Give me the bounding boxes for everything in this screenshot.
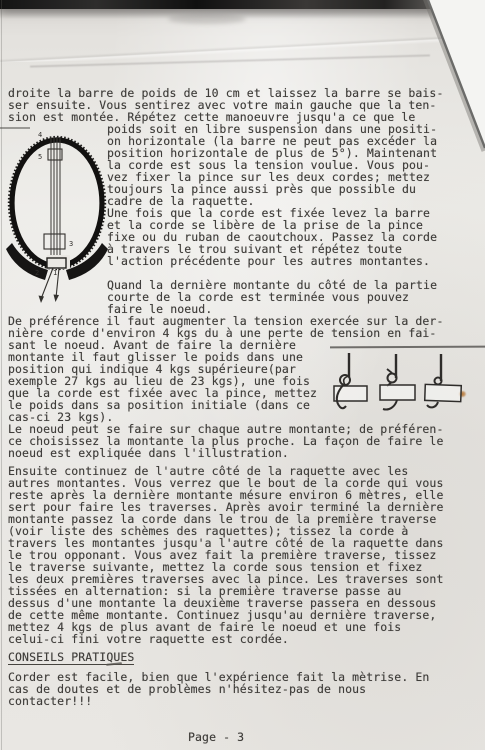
- paper-left-edge-line: [1, 0, 3, 750]
- paragraph: droite la barre de poids de 10 cm et lai…: [8, 87, 479, 123]
- paragraph: Ensuite continuez de l'autre côté de la …: [8, 465, 479, 645]
- paragraph-beside-knots: sant le noeud. Avant de faire la dernièr…: [8, 339, 479, 423]
- scanned-document-page: 4 5 3 2 1 droite la barre de poi: [0, 0, 485, 750]
- document-body: droite la barre de poids de 10 cm et lai…: [8, 87, 479, 707]
- paragraph: De préférence il faut augmenter la tensi…: [8, 315, 479, 339]
- paper-crease: [30, 54, 430, 67]
- page-number: Page - 3: [188, 731, 244, 743]
- paragraph: Le noeud peut se faire sur chaque autre …: [8, 423, 479, 459]
- paragraph-beside-racquet: poids soit en libre suspension dans une …: [8, 123, 479, 315]
- closing-paragraph: Corder est facile, bien que l'expérience…: [8, 671, 479, 707]
- scan-top-band: [0, 0, 437, 9]
